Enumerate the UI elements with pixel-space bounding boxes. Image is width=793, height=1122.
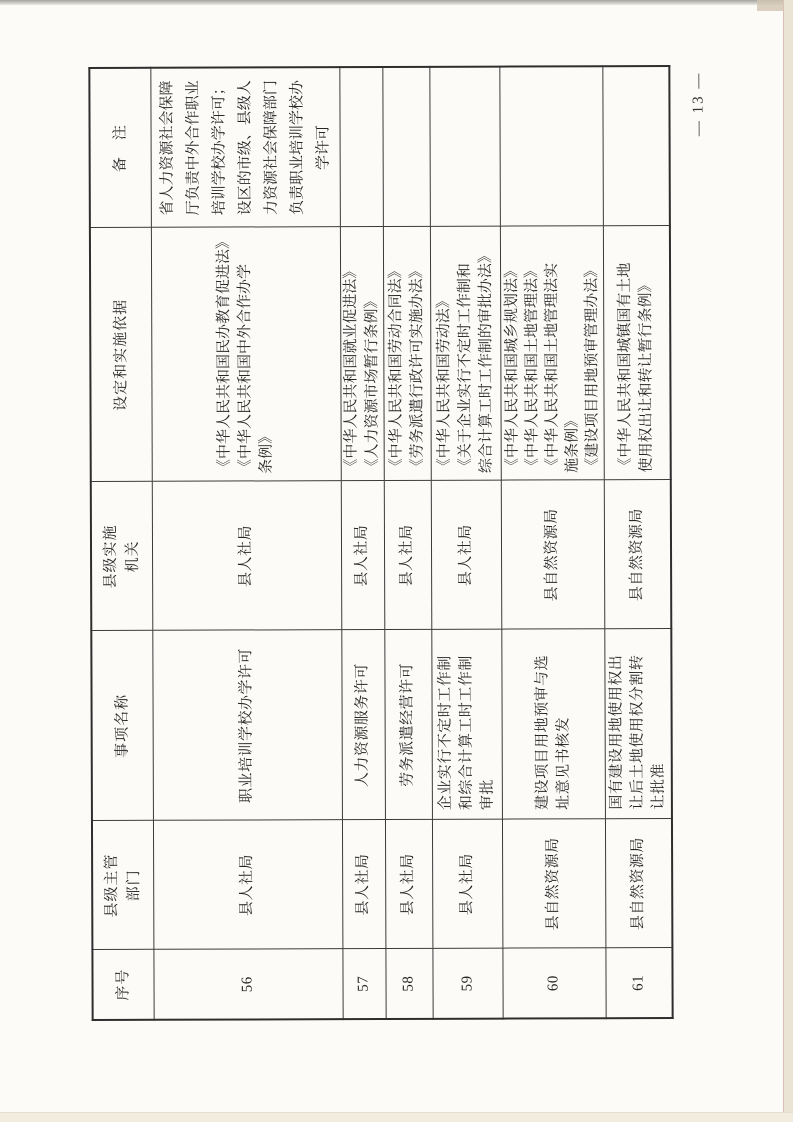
cell-serial-number: 56 [153,949,342,1020]
table-row-56: 56 县人社局 职业培训学校办学许可 县人社局 《中华人民共和国民办教育促进法》… [150,67,342,1020]
approval-items-table: 序号 县级主管 部门 事项名称 县级实施 机关 设定和实施依据 备 注 56 县… [88,65,673,1021]
table-row-59: 59 县人社局 企业实行不定时工作制 和综合计算工时工作制 审批 县人社局 《中… [429,67,502,1019]
cell-remarks [602,66,670,226]
table-row-61: 61 县自然资源局 国有建设用地使用权出 让后土地使用权分割转 让批准 县自然资… [602,66,672,1018]
scanned-page: 序号 县级主管 部门 事项名称 县级实施 机关 设定和实施依据 备 注 56 县… [0,0,793,1122]
cell-serial-number: 58 [385,949,432,1019]
cell-basis: 《中华人民共和国民办教育促进法》 《中华人民共和国中外合作办学 条例》 [151,227,341,482]
cell-item-name: 人力资源服务许可 [341,630,385,820]
header-county-implementing-agency: 县级实施 机关 [91,482,153,631]
cell-department: 县人社局 [342,820,385,949]
rotated-sheet: 序号 县级主管 部门 事项名称 县级实施 机关 设定和实施依据 备 注 56 县… [88,67,671,1021]
table-row-57: 57 县人社局 人力资源服务许可 县人社局 《中华人民共和国就业促进法》 《人力… [339,67,385,1019]
cell-remarks [382,67,430,227]
cell-department: 县人社局 [153,820,342,950]
table-header-row: 序号 县级主管 部门 事项名称 县级实施 机关 设定和实施依据 备 注 [89,68,153,1020]
cell-item-name: 建设项目用地预审与选 址意见书核发 [501,629,605,819]
header-serial-number: 序号 [92,950,153,1020]
cell-item-name: 劳务派遣经营许可 [384,630,432,820]
header-remarks: 备 注 [89,68,151,228]
cell-item-name: 国有建设用地使用权出 让后土地使用权分割转 让批准 [604,629,672,819]
cell-basis: 《中华人民共和国城镇国有土地 使用权出让和转让暂行条例》 [603,226,671,480]
cell-agency: 县人社局 [431,481,502,630]
cell-remarks: 省人力资源社会保障 厅负责中外合作职业 培训学校办学许可； 设区的市级、县级人 … [150,67,340,228]
cell-serial-number: 59 [432,949,502,1019]
header-item-name: 事项名称 [91,631,153,821]
cell-agency: 县自然资源局 [604,480,672,629]
cell-basis: 《中华人民共和国劳动合同法》 《劳务派遣行政许可实施办法》 [383,227,431,481]
cell-serial-number: 57 [342,949,385,1019]
table-row-58: 58 县人社局 劳务派遣经营许可 县人社局 《中华人民共和国劳动合同法》 《劳务… [382,67,432,1019]
cell-department: 县人社局 [432,820,502,949]
cell-department: 县人社局 [385,820,432,949]
cell-remarks [429,67,500,227]
cell-department: 县自然资源局 [605,819,672,948]
header-basis: 设定和实施依据 [90,228,152,482]
cell-basis: 《中华人民共和国就业促进法》 《人力资源市场暂行条例》 [340,227,384,481]
cell-item-name: 职业培训学校办学许可 [152,630,342,821]
scan-edge-top [0,0,793,5]
page-number: — 13 — [690,61,707,147]
cell-serial-number: 60 [502,948,605,1018]
cell-agency: 县人社局 [384,481,432,630]
cell-agency: 县人社局 [152,481,342,631]
cell-item-name: 企业实行不定时工作制 和综合计算工时工作制 审批 [431,630,502,820]
cell-basis: 《中华人民共和国劳动法》 《关于企业实行不定时工作制和 综合计算工时工作制的审批… [430,227,501,481]
cell-remarks [499,66,603,226]
cell-agency: 县人社局 [341,481,385,630]
table-row-60: 60 县自然资源局 建设项目用地预审与选 址意见书核发 县自然资源局 《中华人民… [499,66,605,1018]
cell-basis: 《中华人民共和国城乡规划法》 《中华人民共和国土地管理法》 《中华人民共和国土地… [500,226,604,480]
cell-department: 县自然资源局 [502,819,605,948]
cell-agency: 县自然资源局 [501,480,605,629]
cell-serial-number: 61 [605,948,672,1018]
scan-edge-right [783,0,793,1122]
scan-edge-bottom [0,1112,793,1122]
cell-remarks [339,67,383,227]
header-county-competent-department: 县级主管 部门 [92,821,153,950]
